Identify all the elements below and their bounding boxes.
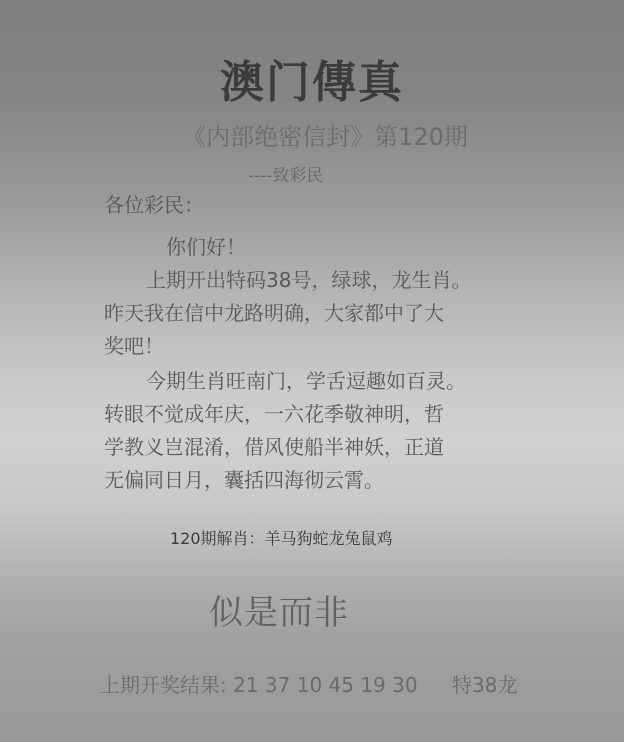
letter-paragraph-2: 今期生肖旺南门，学舌逗趣如百灵。 转眼不觉成年庆，一六花季敬神明，哲 学教义岂混…: [104, 365, 534, 497]
paragraph-line: 奖吧！: [104, 330, 534, 363]
paragraph-line: 上期开出特码38号，绿球，龙生肖。: [104, 264, 534, 297]
letter-paragraph-1: 上期开出特码38号，绿球，龙生肖。 昨天我在信中龙路明确，大家都中了大 奖吧！: [104, 264, 534, 363]
paragraph-line: 转眼不觉成年庆，一六花季敬神明，哲: [104, 398, 534, 431]
paragraph-line: 学教义岂混淆，借风使船半神妖，正道: [104, 431, 534, 464]
paragraph-line: 今期生肖旺南门，学舌逗趣如百灵。: [104, 365, 534, 398]
result-label: 上期开奖结果:: [100, 673, 227, 697]
paragraph-line: 无偏同日月，囊括四海彻云霄。: [104, 464, 534, 497]
last-draw-result: 上期开奖结果: 21 37 10 45 19 30 特38龙: [100, 669, 517, 698]
result-numbers: 21 37 10 45 19 30: [233, 673, 417, 697]
signoff: ----致彩民: [248, 161, 324, 186]
page-title: 澳门傳真: [0, 46, 624, 110]
issue-subtitle: 《内部绝密信封》第120期: [0, 117, 624, 152]
letter-hello: 你们好！: [166, 231, 246, 260]
paragraph-line: 昨天我在信中龙路明确，大家都中了大: [104, 297, 534, 330]
letter-greeting: 各位彩民：: [104, 189, 204, 218]
zodiac-answer: 120期解肖：羊马狗蛇龙兔鼠鸡: [170, 526, 393, 549]
result-special: 特38龙: [452, 673, 517, 697]
slogan: 似是而非: [209, 585, 349, 634]
